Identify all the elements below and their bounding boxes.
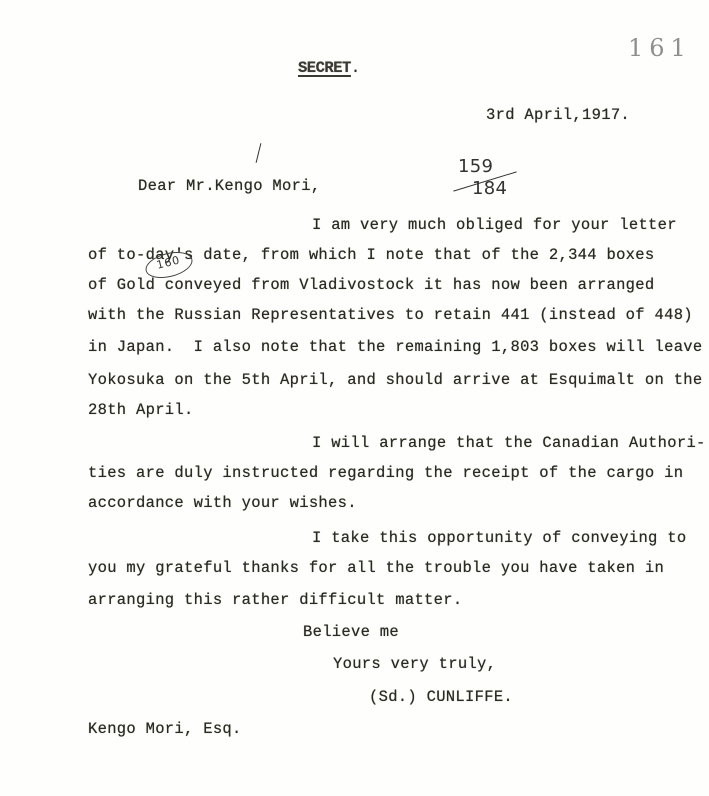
handwritten-fraction-annotation: 159 184 bbox=[450, 158, 520, 208]
fraction-numerator: 159 bbox=[458, 156, 493, 177]
body-line-9: ties are duly instructed regarding the r… bbox=[88, 463, 683, 483]
body-line-1: I am very much obliged for your letter bbox=[312, 215, 677, 235]
addressee: Kengo Mori, Esq. bbox=[88, 719, 242, 739]
closing-phrase: Believe me bbox=[303, 622, 399, 642]
body-line-12: you my grateful thanks for all the troub… bbox=[88, 558, 664, 578]
body-line-8: I will arrange that the Canadian Authori… bbox=[312, 433, 706, 453]
classification-suffix: . bbox=[351, 59, 361, 77]
body-line-5: in Japan. I also note that the remaining… bbox=[88, 337, 703, 357]
body-line-7: 28th April. bbox=[88, 400, 194, 420]
signature: (Sd.) CUNLIFFE. bbox=[369, 687, 513, 707]
body-line-6: Yokosuka on the 5th April, and should ar… bbox=[88, 370, 703, 390]
page-number-stamp: 161 bbox=[628, 34, 692, 62]
letter-page: 161 SECRET. 3rd April,1917. 159 184 Dear… bbox=[0, 0, 709, 796]
valediction: Yours very truly, bbox=[333, 654, 496, 674]
salutation: Dear Mr.Kengo Mori, bbox=[138, 176, 320, 196]
fraction-denominator: 184 bbox=[472, 178, 507, 199]
letter-date: 3rd April,1917. bbox=[486, 105, 630, 125]
body-line-4: with the Russian Representatives to reta… bbox=[88, 305, 693, 325]
classification-label: SECRET bbox=[298, 59, 351, 77]
body-line-10: accordance with your wishes. bbox=[88, 493, 357, 513]
handwritten-tick-mark bbox=[256, 143, 262, 163]
classification-heading: SECRET. bbox=[298, 58, 360, 78]
body-line-3: of Gold conveyed from Vladivostock it ha… bbox=[88, 275, 655, 295]
circled-note-text: 160 bbox=[155, 253, 181, 271]
body-line-11: I take this opportunity of conveying to bbox=[312, 528, 686, 548]
body-line-13: arranging this rather difficult matter. bbox=[88, 590, 462, 610]
